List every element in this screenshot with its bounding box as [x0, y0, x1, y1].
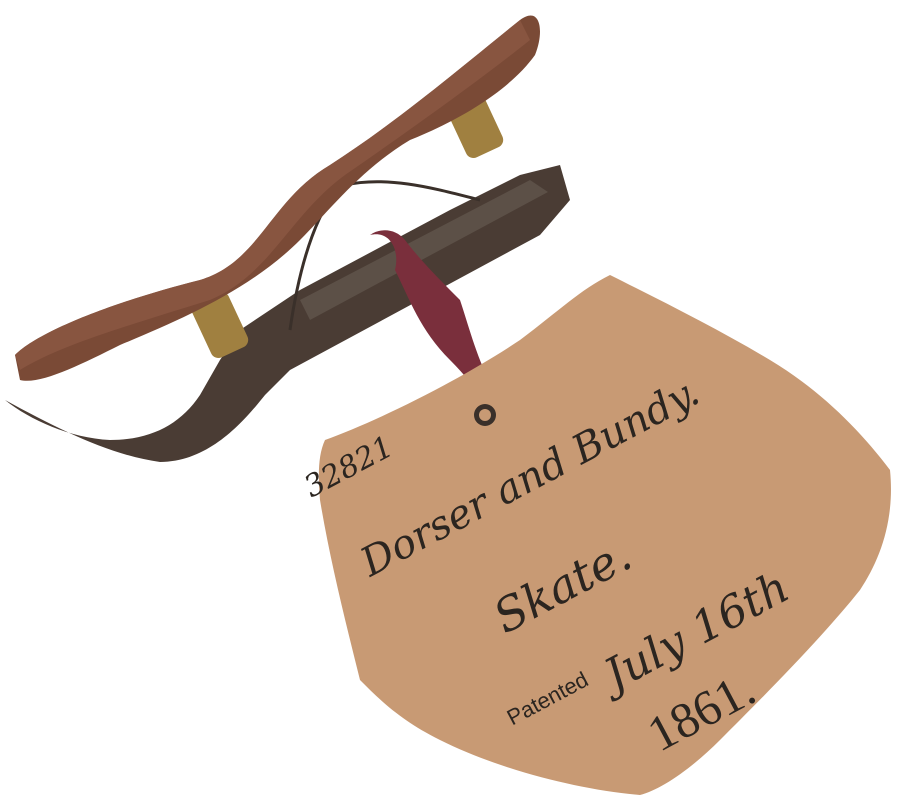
photo-scene: 32821 Dorser and Bundy. Skate. Patented … [0, 0, 900, 806]
skate-illustration [0, 0, 900, 806]
